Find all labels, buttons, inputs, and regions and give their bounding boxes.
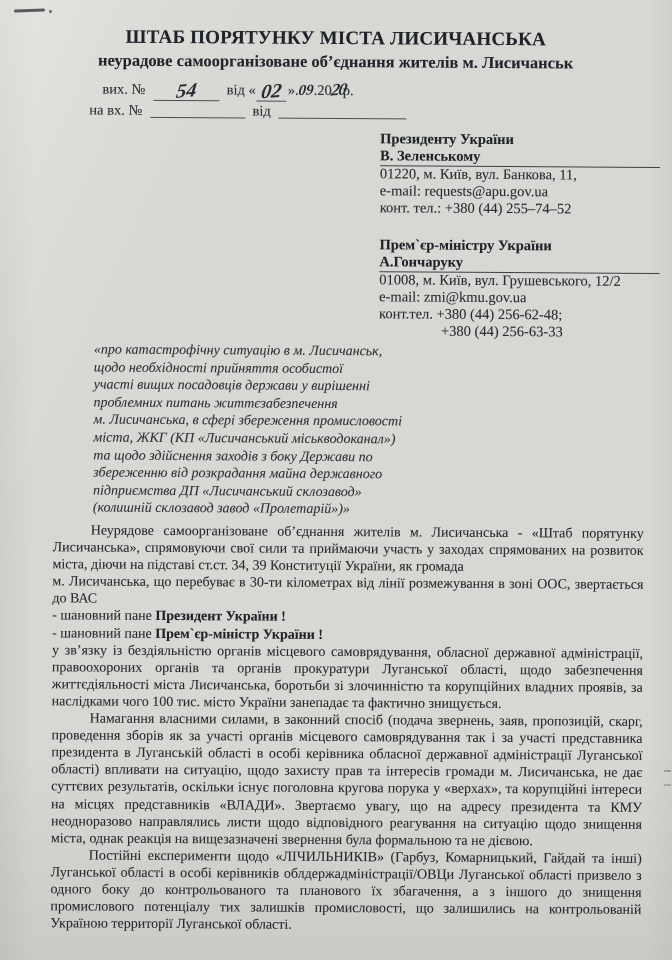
body-paragraph-intro-continued: м. Лисичанська, що перебуває в 30-ти кіл… bbox=[52, 574, 643, 612]
recipient-role: Прем`єр-міністру України bbox=[379, 237, 659, 256]
subject-line: (колишній склозавод завод «Пролетарій»)» bbox=[93, 500, 463, 520]
subject-line: збереженню від розкрадання майна державн… bbox=[93, 465, 463, 485]
letter-body: Неурядове самоорганізоване об’єднання жи… bbox=[50, 522, 643, 936]
outgoing-date-label: від « bbox=[227, 82, 256, 98]
recipient-president: Президенту України В. Зеленському 01220,… bbox=[380, 131, 661, 219]
body-paragraph-intro: Неурядове самоорганізоване об’єднання жи… bbox=[52, 522, 643, 577]
outgoing-number-label: вих. № bbox=[102, 82, 145, 98]
salutation-prefix: - шановний пане bbox=[52, 609, 155, 625]
outgoing-number-blank: 54 bbox=[153, 85, 219, 101]
recipient-name: А.Гончаруку bbox=[379, 254, 659, 274]
subject-line: міста, ЖКГ (КП «Лисичанський міськводока… bbox=[93, 429, 463, 449]
reference-block: вих. № 54 від «02».09.2020р. на вх. № ві… bbox=[89, 78, 410, 126]
subject-line: підприємства ДП «Лисичанський склозавод» bbox=[93, 482, 463, 502]
salutation-addressee: Президент України ! bbox=[155, 609, 286, 625]
recipient-role: Президенту України bbox=[380, 131, 660, 150]
incoming-date-label: від bbox=[253, 103, 271, 119]
body-paragraph-experiments: Постійні експерименти щодо «ЛІЧИЛЬНИКІВ»… bbox=[50, 847, 642, 936]
recipient-email: e-mail: zmi@kmu.gov.ua bbox=[379, 289, 659, 308]
body-paragraph-attempts: Намагання власними силами, в законний сп… bbox=[51, 710, 643, 850]
org-subtitle: неурадове самоорганізоване об’єднання жи… bbox=[0, 50, 672, 74]
salutation-addressee: Прем`єр-міністр України ! bbox=[155, 626, 323, 642]
outgoing-ref-line: вих. № 54 від «02».09.2020р. bbox=[102, 79, 410, 104]
subject-line: та щодо здійснення заходів з боку Держав… bbox=[93, 447, 463, 467]
salutation-prefix: - шановний пане bbox=[52, 626, 155, 642]
scanned-letter-page: ШТАБ ПОРЯТУНКУ МІСТА ЛИСИЧАНСЬКА неурадо… bbox=[0, 0, 672, 960]
recipient-prime-minister: Прем`єр-міністру України А.Гончаруку 010… bbox=[379, 237, 660, 342]
incoming-number-blank bbox=[150, 102, 245, 119]
recipients-block: Президенту України В. Зеленському 01220,… bbox=[379, 131, 660, 342]
incoming-date-blank bbox=[278, 103, 406, 120]
recipient-phone-2: +380 (44) 256-63-33 bbox=[379, 323, 659, 342]
subject-line: проблемних питань життєзабезпечення bbox=[93, 394, 463, 414]
recipient-address: 01220, м. Київ, вул. Банкова, 11, bbox=[380, 166, 660, 185]
outgoing-day-blank: 02 bbox=[257, 86, 287, 102]
org-title: ШТАБ ПОРЯТУНКУ МІСТА ЛИСИЧАНСЬКА bbox=[0, 26, 672, 52]
recipient-email: e-mail: requests@apu.gov.ua bbox=[380, 183, 660, 202]
incoming-number-label: на вх. № bbox=[89, 102, 142, 118]
body-paragraph-inaction: у зв’язку із бездіяльністю органів місце… bbox=[52, 642, 643, 714]
recipient-name: В. Зеленському bbox=[380, 148, 660, 168]
recipient-phone: конт. тел.: +380 (44) 255–74–52 bbox=[380, 200, 660, 219]
subject-line: м. Лисичанська, в сфері збереження проми… bbox=[93, 412, 463, 432]
subject-block: «про катастрофічну ситуацію в м. Лисичан… bbox=[93, 342, 464, 520]
subject-line: щодо необхідності прийняття особистої bbox=[94, 359, 464, 379]
outgoing-day-handwritten: 02 bbox=[261, 86, 283, 98]
incoming-ref-line: на вх. № від bbox=[89, 101, 410, 126]
subject-line: участі вищих посадовців держави у виріше… bbox=[94, 377, 464, 397]
subject-line: «про катастрофічну ситуацію в м. Лисичан… bbox=[94, 342, 464, 362]
document-content: ШТАБ ПОРЯТУНКУ МІСТА ЛИСИЧАНСЬКА неурадо… bbox=[0, 0, 672, 960]
recipient-phone: конт.тел. +380 (44) 256-62-48; bbox=[379, 306, 659, 325]
outgoing-month-handwritten: 09 bbox=[298, 82, 315, 100]
recipient-address: 01008, м. Київ, вул. Грушевського, 12/2 bbox=[379, 272, 659, 291]
outgoing-number-handwritten: 54 bbox=[175, 85, 197, 97]
outgoing-year-prefix: .20 bbox=[314, 83, 332, 99]
